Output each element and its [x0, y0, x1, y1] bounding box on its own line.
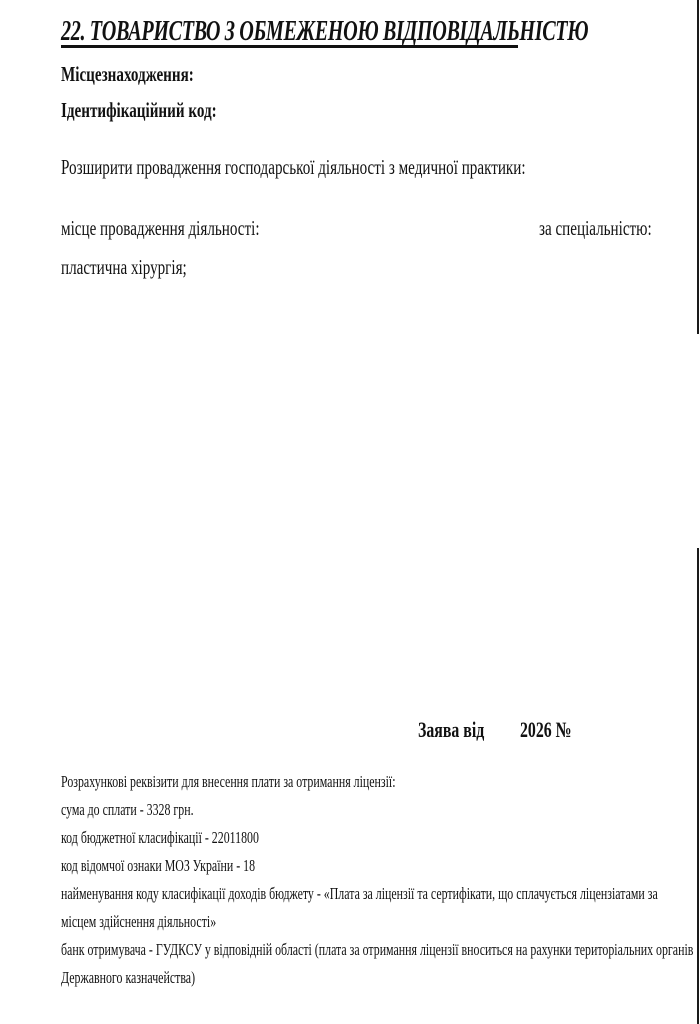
requisites-bank-line2: Державного казначейства)	[61, 968, 195, 988]
organization-title-text: 22. ТОВАРИСТВО З ОБМЕЖЕНОЮ ВІДПОВІДАЛЬНІ…	[61, 16, 588, 48]
requisites-bank-cont: Державного казначейства)	[61, 968, 252, 988]
requisites-heading-text: Розрахункові реквізити для внесення плат…	[61, 772, 396, 792]
requisites-ministry-code-text: код відомчої ознаки МОЗ України - 18	[61, 856, 255, 876]
location-label-text: Місцезнаходження:	[61, 62, 194, 86]
extend-activity-text-content: Розширити провадження господарської діял…	[61, 155, 526, 179]
requisites-amount: сума до сплати - 3328 грн.	[61, 800, 250, 820]
specialty-label-text: за спеціальністю:	[539, 216, 652, 240]
requisites-bank: банк отримувача - ГУДКСУ у відповідній о…	[61, 940, 700, 960]
specialty-value-text: пластична хірургія;	[61, 255, 187, 279]
requisites-income-name: найменування коду класифікації доходів б…	[61, 884, 700, 904]
title-underline	[61, 45, 518, 48]
requisites-amount-text: сума до сплати - 3328 грн.	[61, 800, 194, 820]
application-from-label: Заява від	[418, 717, 510, 743]
requisites-bank-line1: банк отримувача - ГУДКСУ у відповідній о…	[61, 940, 693, 960]
application-from-text: Заява від	[418, 717, 484, 743]
requisites-heading: Розрахункові реквізити для внесення плат…	[61, 772, 539, 792]
requisites-ministry-code: код відомчої ознаки МОЗ України - 18	[61, 856, 338, 876]
requisites-income-name-line2: місцем здійснення діяльності»	[61, 912, 216, 932]
specialty-value: пластична хірургія;	[61, 255, 236, 279]
requisites-budget-code-text: код бюджетної класифікації - 22011800	[61, 828, 259, 848]
place-of-activity-label-text: місце провадження діяльності:	[61, 216, 260, 240]
application-year-number-text: 2026 №	[520, 717, 572, 743]
requisites-income-name-line1: найменування коду класифікації доходів б…	[61, 884, 658, 904]
document-page: 22. ТОВАРИСТВО З ОБМЕЖЕНОЮ ВІДПОВІДАЛЬНІ…	[0, 0, 700, 1024]
place-of-activity-label: місце провадження діяльності:	[61, 216, 337, 240]
extend-activity-text: Розширити провадження господарської діял…	[61, 155, 700, 179]
id-code-label-text: Ідентифікаційний код:	[61, 98, 217, 122]
organization-title: 22. ТОВАРИСТВО З ОБМЕЖЕНОЮ ВІДПОВІДАЛЬНІ…	[61, 16, 700, 48]
location-label: Місцезнаходження:	[61, 62, 245, 86]
specialty-label: за спеціальністю:	[539, 216, 695, 240]
requisites-income-name-cont: місцем здійснення діяльності»	[61, 912, 283, 932]
requisites-budget-code: код бюджетної класифікації - 22011800	[61, 828, 344, 848]
application-year-number: 2026 №	[520, 717, 592, 743]
id-code-label: Ідентифікаційний код:	[61, 98, 277, 122]
